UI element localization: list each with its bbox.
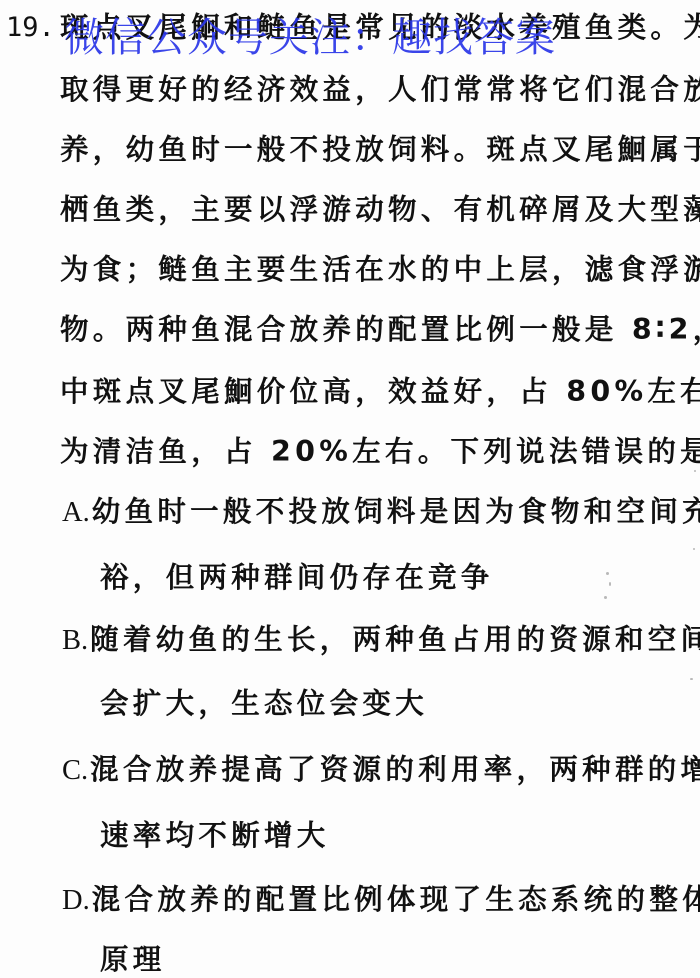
option-d[interactable]: D.混合放养的配置比例体现了生态系统的整体	[62, 882, 700, 918]
option-c-letter: C.	[62, 755, 88, 786]
option-a[interactable]: A.幼鱼时一般不投放饲料是因为食物和空间充	[62, 494, 700, 530]
scan-speck	[606, 572, 609, 575]
question-stem-line-5: 为食；鲢鱼主要生活在水的中上层，滤食浮游生	[60, 252, 700, 288]
option-b[interactable]: B.随着幼鱼的生长，两种鱼占用的资源和空间都	[62, 622, 700, 658]
option-c-text-line-1: 混合放养提高了资源的利用率，两种群的增长	[90, 753, 700, 786]
option-c-text-line-2: 速率均不断增大	[100, 818, 330, 854]
scan-speck	[604, 596, 607, 599]
question-stem-line-6: 物。两种鱼混合放养的配置比例一般是 8∶2，其	[60, 312, 700, 348]
exam-page: 19. 斑点叉尾鮰和鲢鱼是常见的淡水养殖鱼类。为 取得更好的经济效益，人们常常将…	[0, 0, 700, 978]
option-b-letter: B.	[62, 625, 88, 656]
option-a-text-line-1: 幼鱼时一般不投放饲料是因为食物和空间充	[92, 495, 700, 528]
question-number: 19.	[6, 10, 55, 46]
option-d-text-line-1: 混合放养的配置比例体现了生态系统的整体	[92, 883, 700, 916]
option-d-letter: D.	[62, 885, 90, 916]
watermark: 微信公众号关注：趣找答案	[64, 14, 556, 62]
question-stem-line-7: 中斑点叉尾鮰价位高，效益好，占 80%左右，鲢鱼	[60, 374, 700, 410]
option-b-text-line-2: 会扩大，生态位会变大	[100, 686, 428, 722]
question-stem-line-8: 为清洁鱼，占 20%左右。下列说法错误的是	[60, 434, 700, 470]
option-d-text-line-2: 原理	[100, 942, 166, 978]
scan-speck	[693, 548, 695, 550]
scan-speck	[690, 678, 693, 680]
question-stem-line-3: 养，幼鱼时一般不投放饲料。斑点叉尾鮰属于底	[60, 132, 700, 168]
scan-speck	[694, 470, 696, 472]
question-stem-line-4: 栖鱼类，主要以浮游动物、有机碎屑及大型藻类	[60, 192, 700, 228]
option-b-text-line-1: 随着幼鱼的生长，两种鱼占用的资源和空间都	[90, 623, 700, 656]
scan-speck	[609, 582, 611, 586]
question-stem-line-2: 取得更好的经济效益，人们常常将它们混合放	[60, 72, 700, 108]
option-c[interactable]: C.混合放养提高了资源的利用率，两种群的增长	[62, 752, 700, 788]
option-a-text-line-2: 裕，但两种群间仍存在竞争	[100, 560, 494, 596]
option-a-letter: A.	[62, 497, 90, 528]
